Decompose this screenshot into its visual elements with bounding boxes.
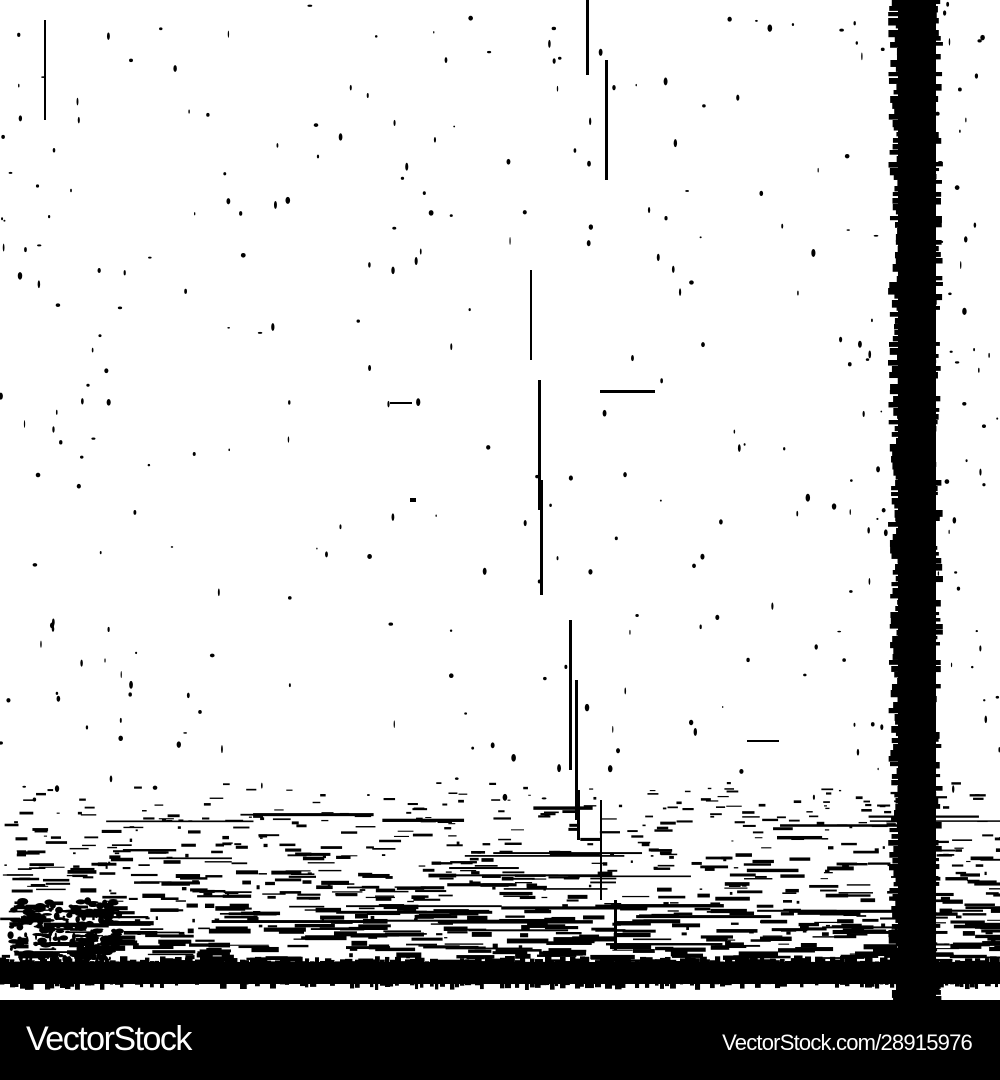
- image-reference: VectorStock.com/28915976: [722, 1030, 972, 1056]
- grunge-texture: [0, 0, 1000, 1000]
- brand-logo: VectorStock: [26, 1020, 191, 1059]
- texture-image: VectorStock VectorStock.com/28915976: [0, 0, 1000, 1080]
- watermark-footer: VectorStock VectorStock.com/28915976: [0, 1000, 1000, 1080]
